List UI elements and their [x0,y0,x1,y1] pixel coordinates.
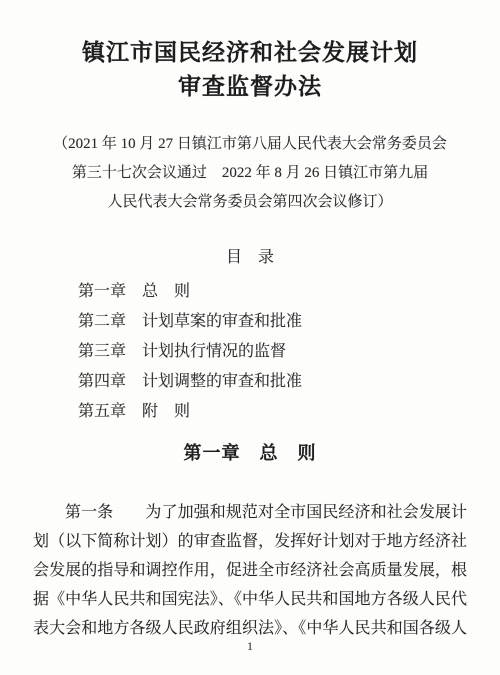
toc-header: 目 录 [33,245,467,271]
toc-item-chapter-3: 第三章 计划执行情况的监督 [78,337,467,367]
article-1-paragraph: 第一条 为了加强和规范对全市国民经济和社会发展计 划（以下简称计划）的审查监督，… [33,498,467,643]
toc-items: 第一章 总 则 第二章 计划草案的审查和批准 第三章 计划执行情况的监督 第四章… [78,277,467,427]
toc-item-chapter-1: 第一章 总 则 [78,277,467,307]
document-title: 镇江市国民经济和社会发展计划 审查监督办法 [33,36,467,104]
table-of-contents: 目 录 第一章 总 则 第二章 计划草案的审查和批准 第三章 计划执行情况的监督… [33,245,467,427]
adoption-note-line-3: 人民代表大会常务委员会第四次会议修订） [33,188,467,217]
document-page: 镇江市国民经济和社会发展计划 审查监督办法 （2021 年 10 月 27 日镇… [0,0,500,675]
article-1-line-4: 据《中华人民共和国宪法》、《中华人民共和国地方各级人民代 [33,585,467,614]
toc-item-chapter-4: 第四章 计划调整的审查和批准 [78,367,467,397]
article-1-line-1: 第一条 为了加强和规范对全市国民经济和社会发展计 [33,498,467,527]
toc-item-chapter-5: 第五章 附 则 [78,397,467,427]
chapter-1-heading: 第一章 总 则 [33,440,467,466]
document-title-line-1: 镇江市国民经济和社会发展计划 [33,36,467,70]
article-1-line-3: 会发展的指导和调控作用，促进全市经济社会高质量发展，根 [33,556,467,585]
adoption-note: （2021 年 10 月 27 日镇江市第八届人民代表大会常务委员会 第三十七次… [33,130,467,217]
page-number: 1 [0,639,500,654]
adoption-note-line-1: （2021 年 10 月 27 日镇江市第八届人民代表大会常务委员会 [33,130,467,159]
toc-item-chapter-2: 第二章 计划草案的审查和批准 [78,307,467,337]
adoption-note-line-2: 第三十七次会议通过 2022 年 8 月 26 日镇江市第九届 [33,159,467,188]
document-title-line-2: 审查监督办法 [33,70,467,104]
article-1-line-2: 划（以下简称计划）的审查监督，发挥好计划对于地方经济社 [33,527,467,556]
